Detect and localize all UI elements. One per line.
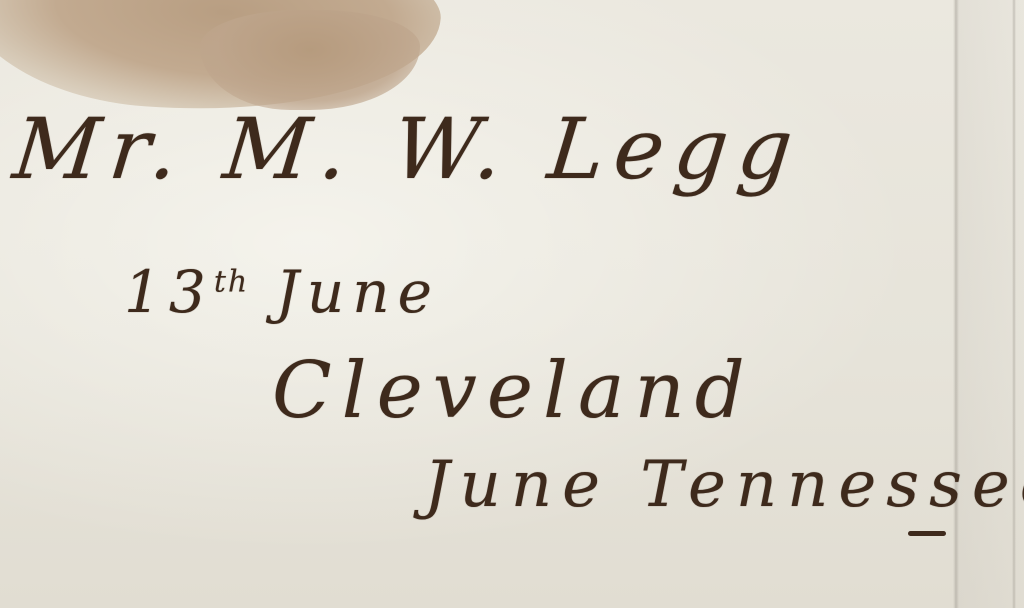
addressee-name: Mr. M. W. Legg (9, 100, 807, 198)
state-line: June Tennessee (424, 448, 1024, 522)
date-day: 13 (124, 258, 214, 326)
date-line: 13th June (124, 258, 440, 326)
date-suffix: th (214, 265, 249, 300)
underline-mark (908, 531, 946, 536)
city-line: Cleveland (272, 346, 755, 436)
date-month: June (276, 258, 440, 326)
